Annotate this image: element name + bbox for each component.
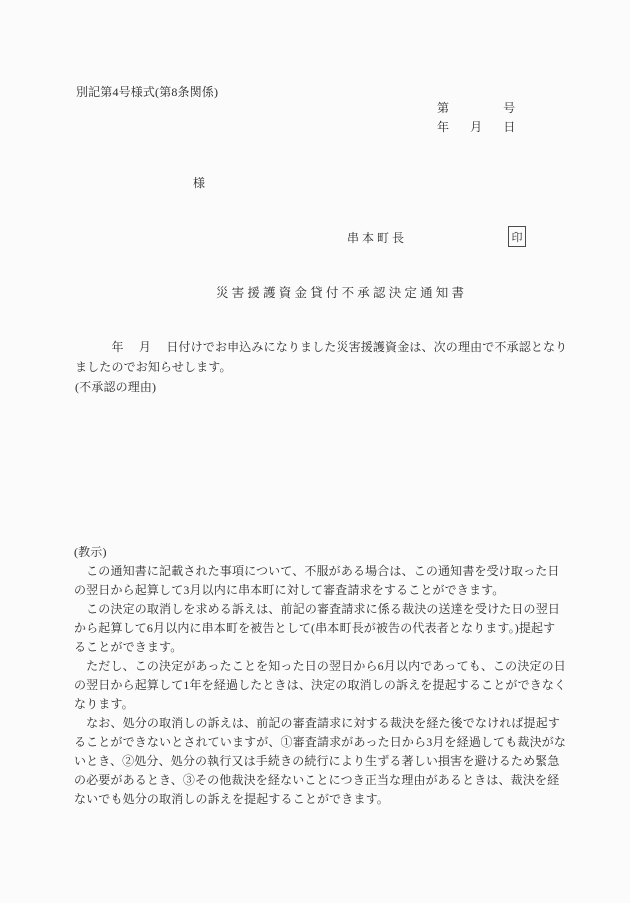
form-number: 別記第4号様式(第8条関係) (76, 83, 218, 100)
issue-date-line: 年月日 (437, 118, 515, 135)
issuer-title: 串本町長 (347, 229, 407, 246)
notification-body-line: ましたのでお知らせします。 (75, 357, 567, 377)
date-month-label: 月 (470, 120, 482, 134)
instructions-line: ないでも処分の取消しの訴えを提起することができます。 (74, 790, 566, 809)
instructions-heading: (教示) (74, 543, 566, 562)
instructions-line: なります。 (74, 695, 566, 714)
seal-mark-label: 印 (512, 229, 523, 245)
instructions-line: ることができないとされていますが、①審査請求があった日から3月を経過しても裁決が… (74, 733, 566, 752)
notification-body: 年 月 日付けでお申込みになりました災害援護資金は、次の理由で不承認となり まし… (75, 337, 567, 397)
instructions-line: から起算して6月以内に串本町を被告として(串本町長が被告の代表者となります。)提… (74, 619, 566, 638)
rejection-reason-label: (不承認の理由) (75, 377, 567, 397)
appeal-instructions: (教示) この通知書に記載された事項について、不服がある場合は、この通知書を受け… (74, 543, 566, 809)
instructions-line: ただし、この決定があったことを知った日の翌日から6月以内であっても、この決定の日 (74, 657, 566, 676)
instructions-line: この決定の取消しを求める訴えは、前記の審査請求に係る裁決の送達を受けた日の翌日 (74, 600, 566, 619)
doc-number-prefix: 第 (437, 101, 449, 115)
instructions-line: ることができます。 (74, 638, 566, 657)
document-number-line: 第号 (437, 99, 515, 116)
recipient-honorific: 様 (193, 174, 205, 191)
instructions-line: の必要があるとき、③その他裁決を経ないことにつき正当な理由があるときは、裁決を経 (74, 771, 566, 790)
document-title: 災害援護資金貸付不承認決定通知書 (216, 283, 467, 301)
date-year-label: 年 (437, 120, 449, 134)
date-day-label: 日 (503, 120, 515, 134)
notification-body-line: 年 月 日付けでお申込みになりました災害援護資金は、次の理由で不承認となり (75, 337, 567, 357)
seal-stamp: 印 (508, 226, 526, 247)
doc-number-suffix: 号 (503, 101, 515, 115)
document-page: 別記第4号様式(第8条関係) 第号 年月日 様 串本町長 印 災害援護資金貸付不… (0, 0, 630, 903)
instructions-line: この通知書に記載された事項について、不服がある場合は、この通知書を受け取った日 (74, 562, 566, 581)
instructions-line: の翌日から起算して3月以内に串本町に対して審査請求をすることができます。 (74, 581, 566, 600)
instructions-line: なお、処分の取消しの訴えは、前記の審査請求に対する裁決を経た後でなければ提起す (74, 714, 566, 733)
instructions-line: いとき、②処分、処分の執行又は手続きの続行により生ずる著しい損害を避けるため緊急 (74, 752, 566, 771)
instructions-line: の翌日から起算して1年を経過したときは、決定の取消しの訴えを提起することができな… (74, 676, 566, 695)
